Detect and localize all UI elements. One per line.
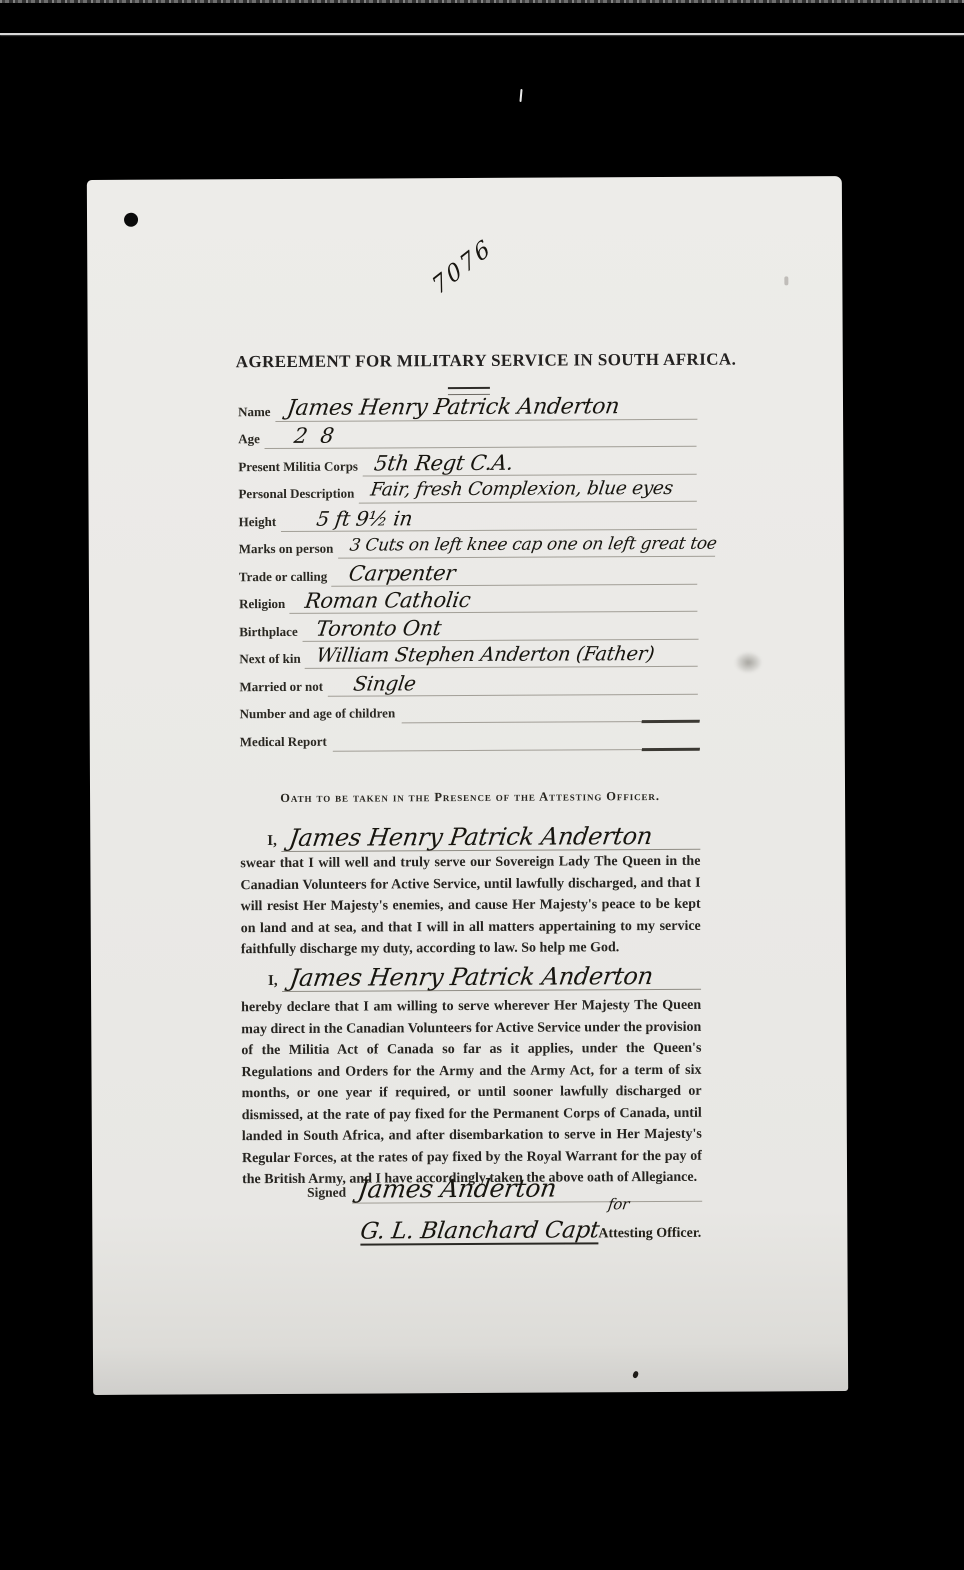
declaration-body-text: hereby declare that I am willing to serv… [241, 995, 702, 1191]
attesting-signature-underline: G. L. Blanchard Capt [360, 1218, 598, 1245]
recruit-signature-underline: James Anderton [352, 1174, 702, 1204]
field-row-height: Height 5 ft 9½ in [239, 502, 699, 532]
ink-speck [632, 1370, 639, 1378]
document-title: AGREEMENT FOR MILITARY SERVICE IN SOUTH … [236, 350, 700, 372]
oath-name-underline: James Henry Patrick Anderton [281, 823, 701, 852]
attesting-for-note: for [607, 1195, 630, 1213]
field-row-age: Age 28 [238, 419, 698, 449]
signed-label: Signed [307, 1185, 352, 1204]
field-value-medical-report [333, 748, 700, 751]
oath-i-prefix: I, [240, 833, 281, 852]
film-tick-mark [519, 89, 522, 102]
recruit-signature: James Anderton [350, 1175, 558, 1203]
film-grain-strip [0, 0, 964, 3]
attesting-officer-line: G. L. Blanchard Capt for Attesting Offic… [360, 1207, 705, 1246]
declaration-name-underline: James Henry Patrick Anderton [282, 963, 702, 992]
field-value-militia-corps: 5th Regt C.A. [362, 449, 700, 476]
paper-speck [784, 276, 788, 285]
field-label-age: Age [238, 431, 266, 449]
field-label-personal-description: Personal Description [238, 486, 360, 505]
field-row-personal-description: Personal Description Fair, fresh Complex… [238, 474, 698, 504]
field-row-next-of-kin: Next of kin William Stephen Anderton (Fa… [239, 639, 699, 669]
field-value-birthplace: Toronto Ont [302, 614, 701, 641]
attesting-officer-label: Attesting Officer. [598, 1226, 701, 1245]
field-row-medical-report: Medical Report [240, 722, 700, 752]
field-row-name: Name James Henry Patrick Anderton [238, 392, 698, 422]
field-value-marks-on-person: 3 Cuts on left knee cap one on left grea… [338, 532, 718, 559]
field-value-personal-description: Fair, fresh Complexion, blue eyes [359, 477, 700, 504]
film-background: 7076 AGREEMENT FOR MILITARY SERVICE IN S… [0, 0, 964, 1570]
declaration-i-prefix: I, [241, 973, 282, 992]
signed-line: Signed James Anderton [307, 1169, 702, 1204]
field-label-children: Number and age of children [240, 705, 402, 724]
scanned-document-page: 7076 AGREEMENT FOR MILITARY SERVICE IN S… [87, 176, 848, 1395]
field-label-height: Height [239, 513, 283, 531]
field-row-birthplace: Birthplace Toronto Ont [239, 612, 699, 642]
field-value-age: 28 [264, 422, 700, 449]
field-row-children: Number and age of children [240, 694, 700, 724]
field-row-marks-on-person: Marks on person 3 Cuts on left knee cap … [239, 529, 699, 559]
field-label-marks-on-person: Marks on person [239, 541, 340, 560]
field-label-birthplace: Birthplace [239, 623, 304, 641]
field-value-religion: Roman Catholic [290, 587, 701, 614]
field-value-next-of-kin: William Stephen Anderton (Father) [305, 642, 701, 669]
field-label-name: Name [238, 403, 277, 421]
field-label-religion: Religion [239, 596, 291, 614]
field-value-height: 5 ft 9½ in [280, 504, 700, 531]
field-row-militia-corps: Present Militia Corps 5th Regt C.A. [238, 447, 698, 477]
field-label-militia-corps: Present Militia Corps [238, 458, 364, 477]
field-row-trade-or-calling: Trade or calling Carpenter [239, 557, 699, 587]
oath-intro-line: I, James Henry Patrick Anderton [240, 818, 700, 852]
form-fields: Name James Henry Patrick Anderton Age 28… [238, 392, 700, 752]
declaration-intro-line: I, James Henry Patrick Anderton [241, 958, 701, 992]
oath-name-signature: James Henry Patrick Anderton [279, 823, 653, 851]
field-label-married-or-not: Married or not [239, 678, 329, 696]
attesting-officer-signature: G. L. Blanchard Capt [359, 1218, 601, 1244]
declaration-name-signature: James Henry Patrick Anderton [280, 963, 654, 991]
field-value-married-or-not: Single [327, 669, 701, 696]
field-label-trade-or-calling: Trade or calling [239, 568, 333, 586]
field-value-trade-or-calling: Carpenter [332, 559, 701, 586]
field-label-medical-report: Medical Report [240, 733, 333, 751]
field-row-religion: Religion Roman Catholic [239, 584, 699, 614]
oath-body-text: swear that I will well and truly serve o… [240, 851, 701, 961]
film-divider-line [0, 33, 964, 35]
punch-hole-mark [124, 213, 138, 227]
field-label-next-of-kin: Next of kin [239, 651, 306, 669]
oath-heading: Oath to be taken in the Presence of the … [240, 789, 700, 806]
field-value-name: James Henry Patrick Anderton [275, 394, 700, 421]
screenshot-root: { "scan": { "annotation_number": "7076",… [0, 0, 964, 1570]
field-row-married-or-not: Married or not Single [239, 667, 699, 697]
ink-smudge [734, 651, 762, 673]
registration-number-handwritten: 7076 [428, 234, 497, 300]
